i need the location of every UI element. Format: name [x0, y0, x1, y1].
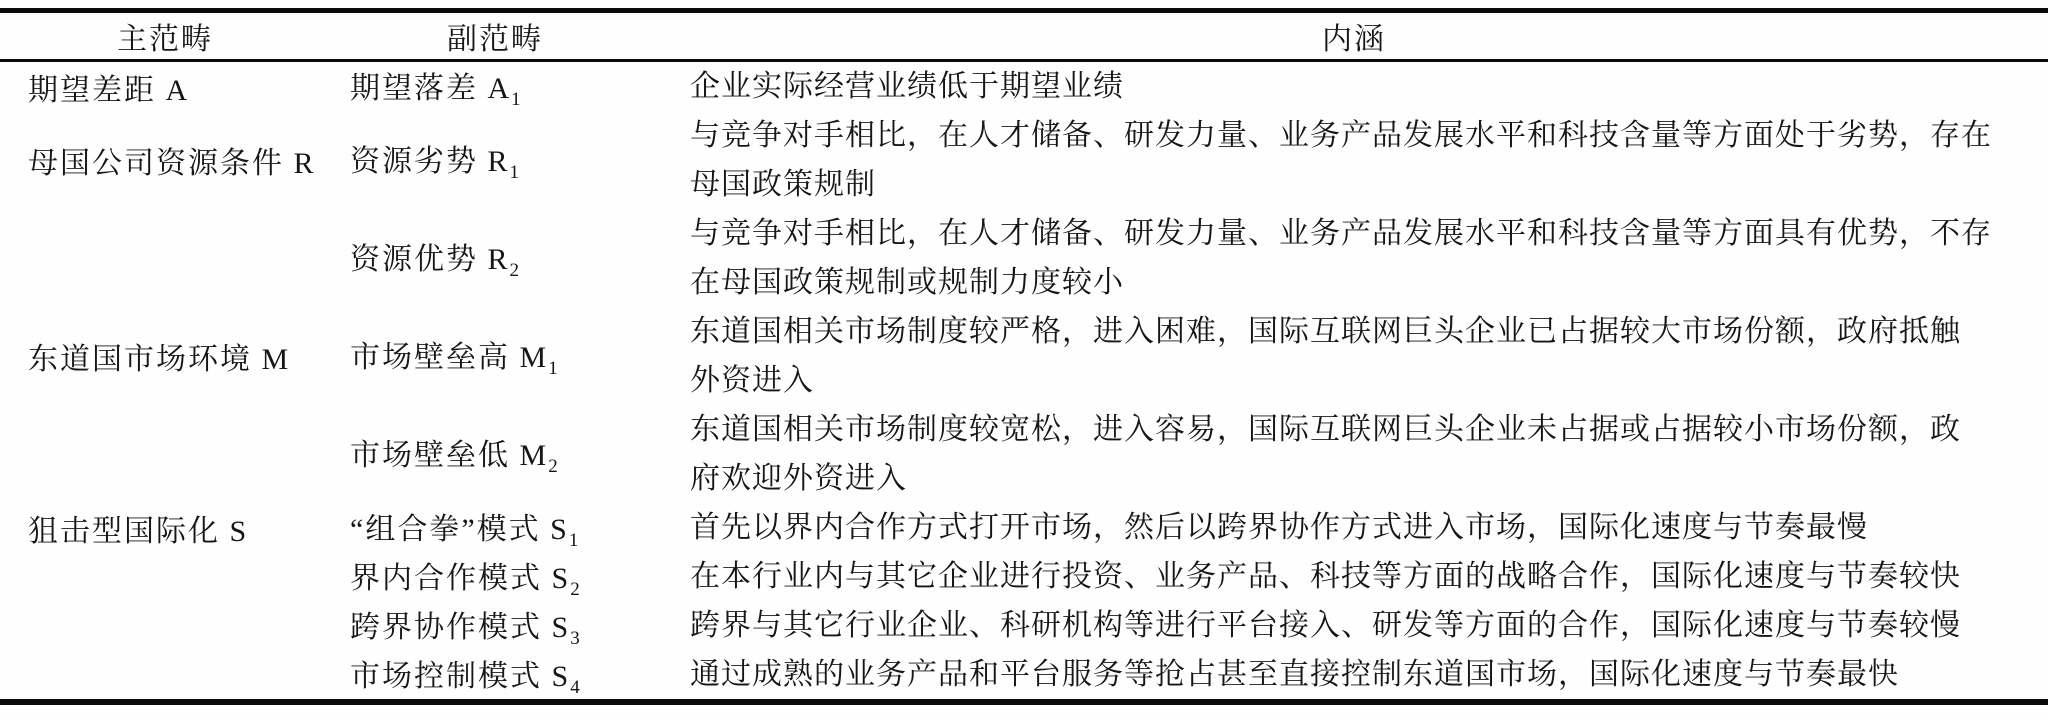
table-row: 跨界协作模式 S3 跨界与其它行业企业、科研机构等进行平台接入、研发等方面的合作…	[0, 601, 2048, 650]
sub-category-subscript: 1	[510, 162, 520, 183]
sub-category-text: “组合拳”模式 S	[350, 513, 569, 546]
main-category-cell	[0, 650, 330, 699]
sub-category-text: 资源劣势 R	[350, 145, 510, 178]
table-row: 母国公司资源条件 R 资源劣势 R1 与竞争对手相比，在人才储备、研发力量、业务…	[0, 111, 2048, 209]
table-row: 期望差距 A 期望落差 A1 企业实际经营业绩低于期望业绩	[0, 62, 2048, 111]
table-row: 东道国市场环境 M 市场壁垒高 M1 东道国相关市场制度较严格，进入困难，国际互…	[0, 307, 2048, 405]
sub-category-cell: 界内合作模式 S2	[330, 552, 660, 601]
sub-category-cell: “组合拳”模式 S1	[330, 503, 660, 552]
sub-category-label: 市场控制模式 S4	[350, 651, 580, 699]
sub-category-subscript: 1	[569, 530, 579, 551]
sub-category-subscript: 1	[548, 358, 558, 379]
main-category-cell: 期望差距 A	[0, 62, 330, 111]
sub-category-label: 资源劣势 R1	[350, 136, 519, 184]
sub-category-subscript: 4	[570, 677, 580, 698]
main-category-cell	[0, 405, 330, 503]
sub-category-cell: 市场壁垒高 M1	[330, 307, 660, 405]
main-category-cell	[0, 209, 330, 307]
main-category-cell: 东道国市场环境 M	[0, 307, 330, 405]
connotation-cell: 企业实际经营业绩低于期望业绩	[660, 62, 2048, 111]
category-grouping-table: 主范畴 副范畴 内涵 期望差距 A 期望落差 A1 企业实际经营业绩低于期望业绩…	[0, 8, 2048, 705]
sub-category-cell: 跨界协作模式 S3	[330, 601, 660, 650]
table-row: 市场控制模式 S4 通过成熟的业务产品和平台服务等抢占甚至直接控制东道国市场，国…	[0, 650, 2048, 699]
connotation-cell: 与竞争对手相比，在人才储备、研发力量、业务产品发展水平和科技含量等方面处于劣势，…	[660, 111, 2048, 209]
main-category-cell	[0, 552, 330, 601]
sub-category-label: 跨界协作模式 S3	[350, 602, 580, 650]
sub-category-label: 市场壁垒高 M1	[350, 332, 558, 380]
connotation-cell: 在本行业内与其它企业进行投资、业务产品、科技等方面的战略合作，国际化速度与节奏较…	[660, 552, 2048, 601]
sub-category-subscript: 2	[570, 579, 580, 600]
sub-category-cell: 市场控制模式 S4	[330, 650, 660, 699]
sub-category-cell: 期望落差 A1	[330, 62, 660, 111]
sub-category-cell: 资源劣势 R1	[330, 111, 660, 209]
sub-category-label: 期望落差 A1	[350, 63, 521, 111]
sub-category-text: 界内合作模式 S	[350, 562, 570, 595]
sub-category-text: 市场壁垒高 M	[350, 341, 548, 374]
sub-category-text: 资源优势 R	[350, 243, 510, 276]
main-category-cell	[0, 601, 330, 650]
header-sub-category: 副范畴	[330, 14, 660, 58]
sub-category-text: 期望落差 A	[350, 72, 511, 105]
paper-table-page: 主范畴 副范畴 内涵 期望差距 A 期望落差 A1 企业实际经营业绩低于期望业绩…	[0, 0, 2048, 720]
main-category-cell: 母国公司资源条件 R	[0, 111, 330, 209]
table-header-row: 主范畴 副范畴 内涵	[0, 13, 2048, 62]
header-connotation: 内涵	[660, 14, 2048, 58]
table-row: 市场壁垒低 M2 东道国相关市场制度较宽松，进入容易，国际互联网巨头企业未占据或…	[0, 405, 2048, 503]
sub-category-text: 市场控制模式 S	[350, 660, 570, 693]
sub-category-text: 市场壁垒低 M	[350, 439, 548, 472]
connotation-cell: 东道国相关市场制度较严格，进入困难，国际互联网巨头企业已占据较大市场份额，政府抵…	[660, 307, 2048, 405]
main-category-cell: 狙击型国际化 S	[0, 503, 330, 552]
header-main-category: 主范畴	[0, 14, 330, 58]
table-row: 资源优势 R2 与竞争对手相比，在人才储备、研发力量、业务产品发展水平和科技含量…	[0, 209, 2048, 307]
sub-category-cell: 市场壁垒低 M2	[330, 405, 660, 503]
sub-category-subscript: 2	[548, 456, 558, 477]
sub-category-subscript: 1	[511, 89, 521, 110]
connotation-cell: 与竞争对手相比，在人才储备、研发力量、业务产品发展水平和科技含量等方面具有优势，…	[660, 209, 2048, 307]
sub-category-label: 资源优势 R2	[350, 234, 519, 282]
sub-category-subscript: 3	[570, 628, 580, 649]
connotation-cell: 东道国相关市场制度较宽松，进入容易，国际互联网巨头企业未占据或占据较小市场份额，…	[660, 405, 2048, 503]
table-row: 狙击型国际化 S “组合拳”模式 S1 首先以界内合作方式打开市场，然后以跨界协…	[0, 503, 2048, 552]
connotation-cell: 跨界与其它行业企业、科研机构等进行平台接入、研发等方面的合作，国际化速度与节奏较…	[660, 601, 2048, 650]
sub-category-text: 跨界协作模式 S	[350, 611, 570, 644]
connotation-cell: 首先以界内合作方式打开市场，然后以跨界协作方式进入市场，国际化速度与节奏最慢	[660, 503, 2048, 552]
sub-category-label: 市场壁垒低 M2	[350, 430, 558, 478]
sub-category-label: “组合拳”模式 S1	[350, 504, 578, 552]
connotation-cell: 通过成熟的业务产品和平台服务等抢占甚至直接控制东道国市场，国际化速度与节奏最快	[660, 650, 2048, 699]
sub-category-cell: 资源优势 R2	[330, 209, 660, 307]
table-row: 界内合作模式 S2 在本行业内与其它企业进行投资、业务产品、科技等方面的战略合作…	[0, 552, 2048, 601]
sub-category-subscript: 2	[510, 260, 520, 281]
sub-category-label: 界内合作模式 S2	[350, 553, 580, 601]
